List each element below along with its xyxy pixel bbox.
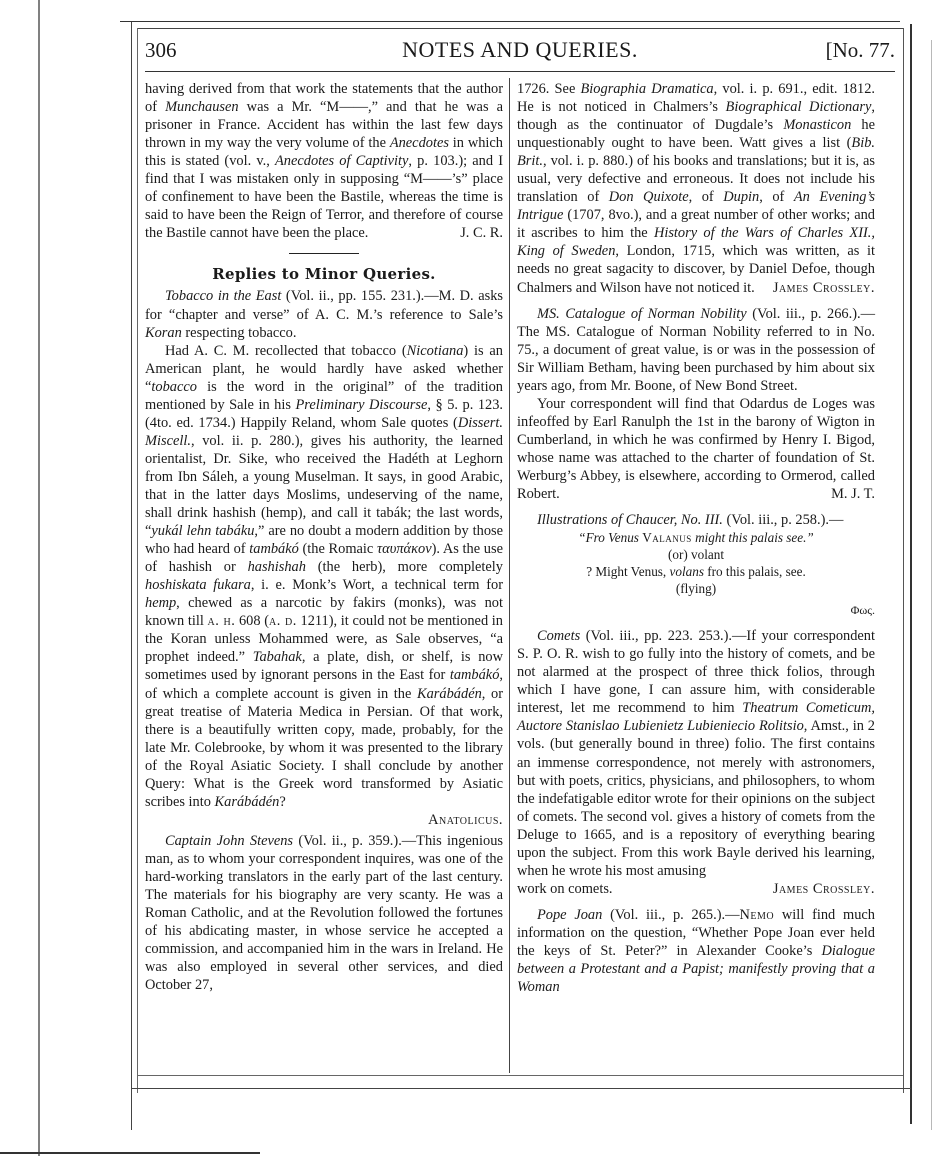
spacer [517,898,875,906]
right-column: 1726. See Biographia Dramatica, vol. i. … [517,80,875,996]
article-heading: Tobacco in the East [165,288,281,304]
column-divider [509,78,510,1073]
article-heading: Captain John Stevens [165,833,293,849]
comets-reply: Comets (Vol. iii., pp. 223. 253.).—If yo… [517,627,875,880]
comets-last-line: work on comets.James Crossley. [517,880,875,898]
verse-line: (or) volant [517,546,875,563]
signature: James Crossley. [773,279,875,297]
scan-edge-right [931,40,932,1130]
scan-artifact [0,1152,260,1154]
tobacco-query: Tobacco in the East (Vol. ii., pp. 155. … [145,287,503,341]
signature: Φως. [517,601,875,619]
frame-rule [120,21,900,22]
norman-reply-2: Your correspondent will find that Odardu… [517,395,875,503]
article-heading: Pope Joan [537,907,602,923]
stevens-reply: Captain John Stevens (Vol. ii., p. 359.)… [145,832,503,994]
stevens-continuation: 1726. See Biographia Dramatica, vol. i. … [517,80,875,297]
spacer [517,503,875,511]
left-column: having derived from that work the statem… [145,80,503,994]
spacer [517,619,875,627]
verse-line: ? Might Venus, volans fro this palais, s… [517,563,875,580]
frame-rule [138,28,903,29]
page-number: 306 [145,38,177,63]
frame-rule [138,1075,903,1076]
verse-line: “Fro Venus Valanus might this palais see… [517,529,875,546]
verse-line: (flying) [517,580,875,597]
frame-rule [131,22,132,1130]
norman-reply: MS. Catalogue of Norman Nobility (Vol. i… [517,305,875,395]
article-heading: Comets [537,628,580,644]
article-heading: MS. Catalogue of Norman Nobility [537,306,747,322]
signature: J. C. R. [460,224,503,242]
signature: M. J. T. [811,485,875,503]
running-header: NOTES AND QUERIES. 306 [No. 77. [145,34,895,64]
continuation-paragraph: having derived from that work the statem… [145,80,503,242]
frame-rule [910,24,912,1124]
header-rule [145,71,895,72]
signature: Anatolicus. [145,811,503,829]
frame-rule [131,1088,911,1089]
chaucer-reply: Illustrations of Chaucer, No. III. (Vol.… [517,511,875,529]
frame-rule [903,28,904,1093]
journal-title: NOTES AND QUERIES. [145,37,895,63]
tobacco-reply: Had A. C. M. recollected that tobacco (N… [145,342,503,811]
pope-joan-reply: Pope Joan (Vol. iii., p. 265.).—Nemo wil… [517,906,875,996]
section-title: Replies to Minor Queries. [145,265,503,283]
signature: James Crossley. [773,880,875,898]
scan-edge-left [38,0,40,1156]
spacer [517,297,875,305]
section-divider [289,253,359,254]
frame-rule [137,28,138,1093]
article-heading: Illustrations of Chaucer, No. III. [537,512,723,528]
issue-number: [No. 77. [826,38,895,63]
